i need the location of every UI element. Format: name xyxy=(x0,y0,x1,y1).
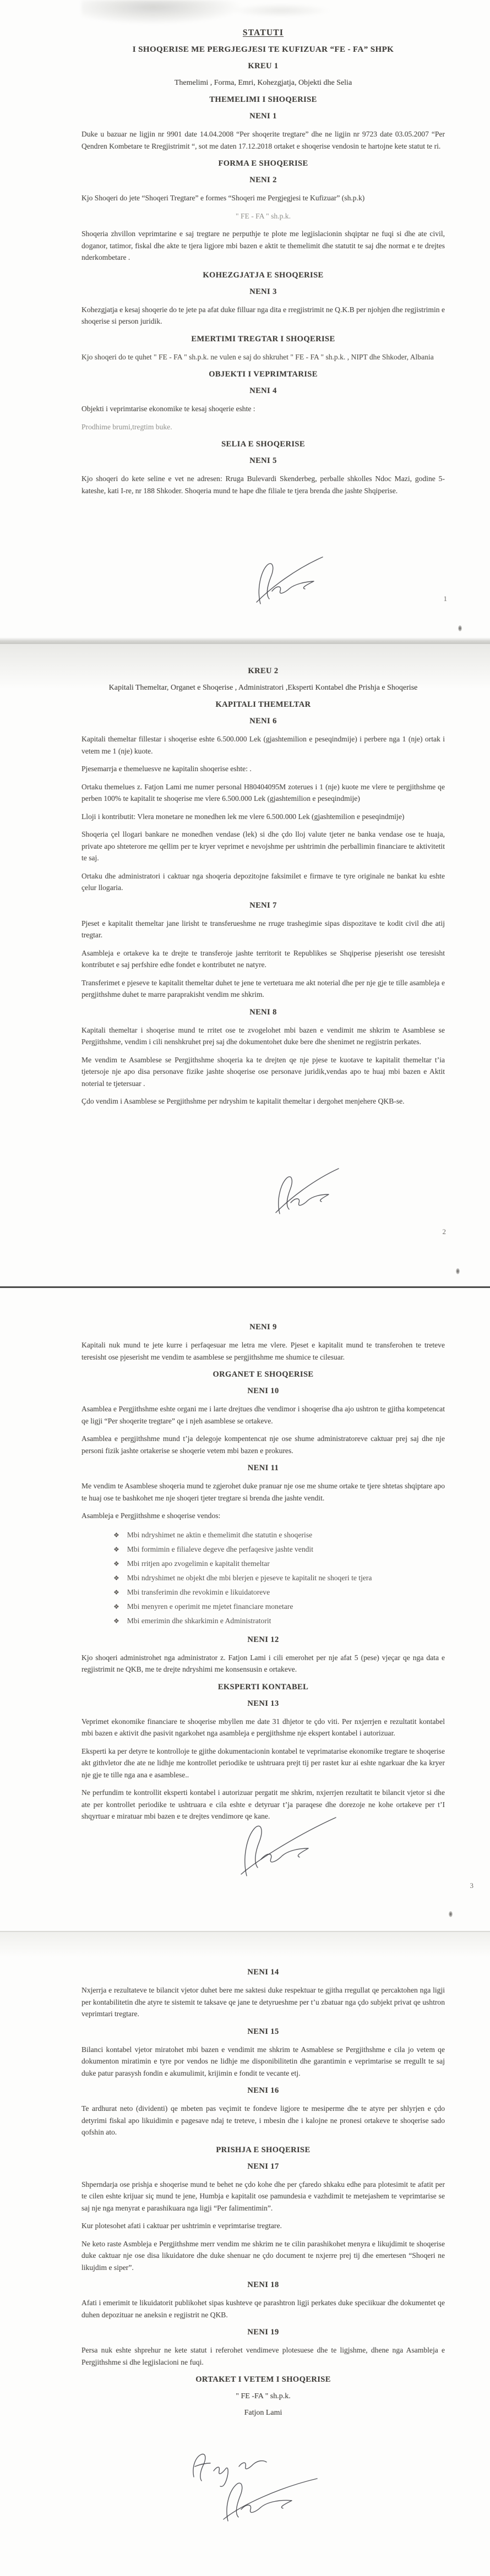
paragraph-neni-7c: Transferimet e pjeseve te kapitalit them… xyxy=(81,977,445,1001)
diamond-bullet-icon: ❖ xyxy=(113,1557,119,1571)
heading-neni-15: NENI 15 xyxy=(81,2027,445,2037)
heading-forma: FORMA E SHOQERISE xyxy=(81,159,445,168)
paragraph-neni-6d: Lloji i kontributit: Vlera monetare ne m… xyxy=(81,811,445,823)
paragraph-neni-6a: Kapitali themeltar fillestar i shoqerise… xyxy=(81,733,445,757)
heading-kohezgjatja: KOHEZGJATJA E SHOQERISE xyxy=(81,271,445,280)
heading-neni-4: NENI 4 xyxy=(81,386,445,396)
page-number: 3 xyxy=(470,1881,474,1890)
list-item: ❖Mbi ndryshimet ne objekt dhe mbi blerje… xyxy=(113,1571,445,1585)
ink-blot xyxy=(456,1268,460,1274)
heading-neni-2: NENI 2 xyxy=(81,176,445,185)
heading-prishja: PRISHJA E SHOQERISE xyxy=(81,2146,445,2155)
heading-organet: ORGANET E SHOQERISE xyxy=(81,1370,445,1379)
scanned-page-3: NENI 9 Kapitali nuk mund te jete kurre i… xyxy=(0,1288,490,1932)
paragraph-neni-2: Kjo Shoqeri do jete “Shoqeri Tregtare” e… xyxy=(81,192,445,204)
list-item-text: Mbi ndryshimet ne objekt dhe mbi blerjen… xyxy=(127,1574,372,1582)
diamond-bullet-icon: ❖ xyxy=(113,1571,119,1585)
handwritten-signature-icon xyxy=(252,552,326,607)
paragraph-neni-8c: Çdo vendim i Asamblese se Pergjithshme p… xyxy=(81,1095,445,1107)
company-name-line: " FE - FA " sh.p.k. xyxy=(81,210,445,222)
diamond-bullet-icon: ❖ xyxy=(113,1529,119,1542)
list-item: ❖Mbi rritjen apo zvogelimin e kapitalit … xyxy=(113,1557,445,1571)
heading-neni-6: NENI 6 xyxy=(81,717,445,726)
paragraph-neni-1: Duke u bazuar ne ligjin nr 9901 date 14.… xyxy=(81,128,445,152)
scanned-page-4: NENI 14 Nxjerrja e rezultateve te bilanc… xyxy=(0,1932,490,2576)
paragraph-neni-9: Kapitali nuk mund te jete kurre i perfaq… xyxy=(81,1339,445,1363)
heading-neni-18: NENI 18 xyxy=(81,2280,445,2290)
paragraph-neni-13c: Ne perfundim te kontrollit eksperti kont… xyxy=(81,1787,445,1822)
page-1-content: STATUTI I SHOQERISE ME PERGJEGJESI TE KU… xyxy=(0,0,490,496)
list-item: ❖Mbi menyren e operimit me mjetet financ… xyxy=(113,1600,445,1614)
paragraph-neni-12: Kjo shoqeri administrohet nga administra… xyxy=(81,1652,445,1676)
page-separator xyxy=(0,637,490,644)
page-4-content: NENI 14 Nxjerrja e rezultateve te bilanc… xyxy=(0,1932,490,2417)
paragraph-neni-14: Nxjerrja e rezultateve te bilancit vjeto… xyxy=(81,1984,445,2020)
scanned-page-1: STATUTI I SHOQERISE ME PERGJEGJESI TE KU… xyxy=(0,0,490,644)
paragraph-neni-13b: Eksperti ka per detyre te kontrolloje te… xyxy=(81,1745,445,1781)
ink-blot xyxy=(449,1911,453,1917)
heading-selia: SELIA E SHOQERISE xyxy=(81,440,445,449)
paragraph-neni-7a: Pjeset e kapitalit themeltar jane lirish… xyxy=(81,918,445,941)
heading-neni-17: NENI 17 xyxy=(81,2162,445,2171)
paragraph-neni-4: Objekti i veprimtarise ekonomike te kesa… xyxy=(81,403,445,415)
heading-neni-8: NENI 8 xyxy=(81,1008,445,1017)
paragraph-neni-11b: Asambleja e Pergjithshme e shoqerise ven… xyxy=(81,1510,445,1522)
heading-neni-3: NENI 3 xyxy=(81,287,445,297)
heading-objekti: OBJEKTI I VEPRIMTARISE xyxy=(81,370,445,379)
handwritten-name-signature-icon xyxy=(188,2447,274,2491)
paragraph-neni-16: Te ardhurat neto (dividenti) qe mbeten p… xyxy=(81,2103,445,2138)
page-2-content: KREU 2 Kapitali Themeltar, Organet e Sho… xyxy=(0,644,490,1107)
heading-neni-16: NENI 16 xyxy=(81,2086,445,2095)
company-name-closing: " FE -FA " sh.p.k. xyxy=(81,2392,445,2401)
heading-themelimi: THEMELIMI I SHOQERISE xyxy=(81,95,445,105)
paragraph-emertimi: Kjo shoqeri do te quhet " FE - FA " sh.p… xyxy=(81,351,445,363)
handwritten-flourish-signature-icon xyxy=(219,2469,321,2524)
paragraph-neni-6e: Shoqeria çel llogari bankare ne monedhen… xyxy=(81,828,445,864)
list-item: ❖Mbi emerimin dhe shkarkimin e Administr… xyxy=(113,1614,445,1628)
scanned-page-2: KREU 2 Kapitali Themeltar, Organet e Sho… xyxy=(0,644,490,1288)
paragraph-neni-17a: Shperndarja ose prishja e shoqerise mund… xyxy=(81,2179,445,2214)
list-item-text: Mbi emerimin dhe shkarkimin e Administra… xyxy=(127,1617,271,1625)
list-item-text: Mbi formimin e filialeve degeve dhe perf… xyxy=(127,1545,313,1553)
paragraph-neni-6f: Ortaku dhe administratori i caktuar nga … xyxy=(81,870,445,894)
heading-neni-13: NENI 13 xyxy=(81,1699,445,1709)
diamond-bullet-icon: ❖ xyxy=(113,1586,119,1600)
diamond-bullet-icon: ❖ xyxy=(113,1543,119,1557)
paragraph-neni-15: Bilanci kontabel vjetor miratohet mbi ba… xyxy=(81,2044,445,2080)
paragraph-neni-11a: Me vendim te Asamblese shoqeria mund te … xyxy=(81,1480,445,1504)
list-item-text: Mbi rritjen apo zvogelimin e kapitalit t… xyxy=(127,1559,270,1568)
paragraph-neni-7b: Asambleja e ortakeve ka te drejte te tra… xyxy=(81,947,445,971)
paragraph-neni-13a: Veprimet ekonomike financiare te shoqeri… xyxy=(81,1716,445,1739)
list-item-text: Mbi transferimin dhe revokimin e likuida… xyxy=(127,1588,270,1596)
heading-ortaket: ORTAKET I VETEM I SHOQERISE xyxy=(81,2375,445,2384)
paragraph-neni-3: Kohezgjatja e kesaj shoqerie do te jete … xyxy=(81,304,445,328)
paragraph-neni-2b: Shoqeria zhvillon veprimtarine e saj tre… xyxy=(81,228,445,264)
handwritten-signature-icon xyxy=(273,1164,341,1216)
paragraph-neni-17c: Ne keto raste Asmbleja e Pergjithshme me… xyxy=(81,2238,445,2274)
page-number: 1 xyxy=(444,594,448,603)
paragraph-neni-6c: Ortaku themelues z. Fatjon Lami me numer… xyxy=(81,781,445,805)
heading-emertimi: EMERTIMI TREGTAR I SHOQERISE xyxy=(81,335,445,344)
diamond-bullet-icon: ❖ xyxy=(113,1614,119,1628)
heading-neni-7: NENI 7 xyxy=(81,901,445,910)
heading-neni-12: NENI 12 xyxy=(81,1635,445,1645)
page-3-content: NENI 9 Kapitali nuk mund te jete kurre i… xyxy=(0,1288,490,1822)
heading-neni-9: NENI 9 xyxy=(81,1323,445,1332)
heading-neni-19: NENI 19 xyxy=(81,2328,445,2337)
paragraph-neni-5: Kjo shoqeri do kete seline e vet ne adre… xyxy=(81,473,445,496)
heading-kapitali-themeltar: KAPITALI THEMELTAR xyxy=(81,700,445,710)
chapter-2-topics: Kapitali Themeltar, Organet e Shoqerise … xyxy=(81,684,445,692)
paragraph-neni-8b: Me vendim te Asamblese se Pergjithshme s… xyxy=(81,1054,445,1090)
list-item-text: Mbi menyren e operimit me mjetet financi… xyxy=(127,1602,293,1611)
heading-neni-5: NENI 5 xyxy=(81,456,445,466)
paragraph-neni-10a: Asamblea e Pergjithshme eshte organi me … xyxy=(81,1403,445,1427)
list-item-text: Mbi ndryshimet ne aktin e themelimit dhe… xyxy=(127,1531,312,1539)
heading-kreu-1: KREU 1 xyxy=(81,62,445,71)
list-item: ❖Mbi ndryshimet ne aktin e themelimit dh… xyxy=(113,1528,445,1542)
document-title: STATUTI xyxy=(81,28,445,38)
heading-neni-11: NENI 11 xyxy=(81,1464,445,1473)
paragraph-neni-18: Afati i emerimit te likuidatorit publiko… xyxy=(81,2297,445,2321)
document-subtitle: I SHOQERISE ME PERGJEGJESI TE KUFIZUAR “… xyxy=(81,45,445,54)
ink-blot xyxy=(458,625,462,631)
heading-kreu-2: KREU 2 xyxy=(81,667,445,676)
heading-neni-10: NENI 10 xyxy=(81,1387,445,1396)
assembly-decisions-list: ❖Mbi ndryshimet ne aktin e themelimit dh… xyxy=(113,1528,445,1628)
page-number: 2 xyxy=(443,1227,447,1236)
activity-object-line: Prodhime brumi,tregtim buke. xyxy=(81,421,445,433)
paragraph-neni-6b: Pjesemarrja e themeluesve ne kapitalin s… xyxy=(81,763,445,775)
paragraph-neni-10b: Asamblea e pergjithshme mund t’ja delego… xyxy=(81,1433,445,1456)
diamond-bullet-icon: ❖ xyxy=(113,1600,119,1614)
founder-printed-name: Fatjon Lami xyxy=(81,2409,445,2417)
paragraph-neni-19: Persa nuk eshte shprehur ne kete statut … xyxy=(81,2344,445,2368)
chapter-1-topics: Themelimi , Forma, Emri, Kohezgjatja, Ob… xyxy=(81,79,445,88)
paragraph-neni-8a: Kapitali themeltar i shoqerise mund te r… xyxy=(81,1024,445,1048)
paragraph-neni-17b: Kur plotesohet afati i caktuar per ushtr… xyxy=(81,2220,445,2232)
list-item: ❖Mbi formimin e filialeve degeve dhe per… xyxy=(113,1542,445,1557)
heading-neni-1: NENI 1 xyxy=(81,112,445,121)
heading-neni-14: NENI 14 xyxy=(81,1968,445,1977)
list-item: ❖Mbi transferimin dhe revokimin e likuid… xyxy=(113,1585,445,1600)
heading-eksperti-kontabel: EKSPERTI KONTABEL xyxy=(81,1683,445,1692)
